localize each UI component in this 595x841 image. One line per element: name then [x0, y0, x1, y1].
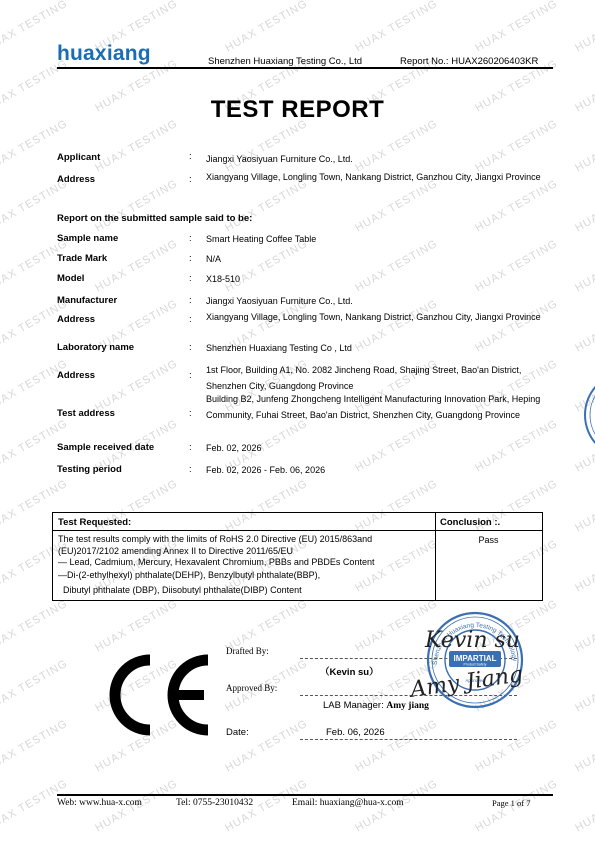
watermark-text: HUAX TESTING [93, 598, 180, 655]
colon: : [189, 174, 192, 185]
applicant-value: Jiangxi Yaosiyuan Furniture Co., Ltd. [206, 153, 556, 165]
page-title: TEST REPORT [0, 96, 595, 124]
watermark-text: HUAX TESTING [573, 718, 595, 775]
approved-name: Amy jiang [386, 701, 429, 711]
header-company: Shenzhen Huaxiang Testing Co., Ltd [208, 56, 362, 67]
watermark-text: HUAX TESTING [223, 0, 310, 54]
field-label: Model [57, 273, 84, 284]
test-table: Test Requested: Conclusion :. The test r… [52, 512, 543, 601]
field-label: Trade Mark [57, 253, 107, 264]
page-number: Page 1 of 7 [492, 798, 530, 808]
footer-tel: Tel: 0755-23010432 [176, 798, 253, 808]
watermark-text: HUAX TESTING [0, 238, 70, 295]
watermark-text: HUAX TESTING [0, 358, 70, 415]
date-label: Date: [226, 727, 249, 738]
watermark-text: HUAX TESTING [93, 178, 180, 235]
test-line: — Lead, Cadmium, Mercury, Hexavalent Chr… [58, 557, 438, 569]
drafted-name: （Kevin su） [320, 664, 379, 678]
watermark-text: HUAX TESTING [353, 0, 440, 54]
watermark-text: HUAX TESTING [573, 298, 595, 355]
conclusion-value: Pass [435, 535, 542, 545]
field-value: N/A [206, 253, 556, 265]
test-line: —Di-(2-ethylhexyl) phthalate(DEHP), Benz… [58, 570, 438, 582]
svg-text:Product Safety: Product Safety [464, 663, 487, 667]
watermark-text: HUAX TESTING [573, 118, 595, 175]
watermark-text: HUAX TESTING [473, 178, 560, 235]
watermark-text: HUAX TESTING [473, 718, 560, 775]
field-value: X18-510 [206, 273, 556, 285]
watermark-text: HUAX TESTING [0, 598, 70, 655]
company-logo: huaxiang [57, 42, 151, 66]
watermark-text: HUAX TESTING [223, 238, 310, 295]
date-line [300, 739, 517, 740]
colon: : [189, 314, 192, 325]
colon: : [189, 464, 192, 475]
watermark-text: HUAX TESTING [573, 658, 595, 715]
field-value: Feb. 02, 2026 - Feb. 06, 2026 [206, 464, 556, 476]
watermark-text: HUAX TESTING [93, 118, 180, 175]
colon: : [189, 233, 192, 244]
lab-manager-label: LAB Manager: [323, 700, 384, 711]
ce-mark-icon [100, 652, 215, 737]
field-label: Address [57, 314, 95, 325]
colon: : [189, 295, 192, 306]
watermark-text: HUAX TESTING [573, 178, 595, 235]
watermark-text: HUAX TESTING [573, 598, 595, 655]
watermark-text: HUAX TESTING [573, 538, 595, 595]
watermark-text: HUAX TESTING [473, 0, 560, 54]
watermark-text: HUAX TESTING [573, 478, 595, 535]
field-value: 1st Floor, Building A1, No. 2082 Jinchen… [206, 363, 551, 394]
watermark-text: HUAX TESTING [0, 178, 70, 235]
watermark-text: HUAX TESTING [473, 118, 560, 175]
test-requested-header: Test Requested: [58, 517, 131, 528]
test-line: (EU)2017/2102 amending Annex II to Direc… [58, 546, 438, 558]
test-requested-body: The test results comply with the limits … [58, 534, 438, 597]
watermark-text: HUAX TESTING [573, 778, 595, 835]
partial-seal-icon [580, 370, 595, 460]
watermark-text: HUAX TESTING [0, 118, 70, 175]
field-label: Sample name [57, 233, 118, 244]
watermark-text: HUAX TESTING [473, 238, 560, 295]
field-label: Sample received date [57, 442, 154, 453]
colon: : [189, 442, 192, 453]
field-label: Testing period [57, 464, 122, 475]
field-value: Jiangxi Yaosiyuan Furniture Co., Ltd. [206, 295, 556, 307]
applicant-address-label: Address [57, 174, 95, 185]
colon: : [189, 273, 192, 284]
colon: : [189, 342, 192, 353]
header-divider [57, 67, 553, 69]
field-label: Address [57, 370, 95, 381]
watermark-text: HUAX TESTING [353, 238, 440, 295]
approved-by-label: Approved By: [226, 683, 277, 693]
date-value: Feb. 06, 2026 [326, 727, 385, 738]
watermark-text: HUAX TESTING [223, 118, 310, 175]
field-value: Feb. 02, 2026 [206, 442, 556, 454]
watermark-text: HUAX TESTING [93, 238, 180, 295]
report-number: Report No.: HUAX260206403KR [400, 56, 538, 67]
test-line: The test results comply with the limits … [58, 534, 438, 546]
watermark-text: HUAX TESTING [93, 358, 180, 415]
sample-heading: Report on the submitted sample said to b… [57, 213, 252, 224]
watermark-text: HUAX TESTING [573, 238, 595, 295]
watermark-text: HUAX TESTING [353, 178, 440, 235]
colon: : [189, 151, 192, 162]
watermark-text: HUAX TESTING [223, 178, 310, 235]
field-value: Shenzhen Huaxiang Testing Co , Ltd [206, 342, 556, 354]
field-value: Smart Heating Coffee Table [206, 233, 556, 245]
footer-email: Email: huaxiang@hua-x.com [292, 798, 404, 808]
conclusion-header: Conclusion :. [440, 517, 500, 528]
field-value: Xiangyang Village, Longling Town, Nankan… [206, 311, 556, 323]
field-label: Manufacturer [57, 295, 117, 306]
colon: : [189, 408, 192, 419]
drafted-signature: Kevin su [425, 628, 520, 653]
footer-web: Web: www.hua-x.com [57, 798, 142, 808]
drafted-by-label: Drafted By: [226, 646, 269, 656]
footer-divider [57, 794, 553, 796]
field-label: Laboratory name [57, 342, 134, 353]
colon: : [189, 253, 192, 264]
watermark-text: HUAX TESTING [573, 0, 595, 54]
watermark-text: HUAX TESTING [353, 118, 440, 175]
watermark-text: HUAX TESTING [0, 718, 70, 775]
field-value: Building B2, Junfeng Zhongcheng Intellig… [206, 392, 551, 423]
colon: : [189, 370, 192, 381]
watermark-text: HUAX TESTING [0, 658, 70, 715]
applicant-address-value: Xiangyang Village, Longling Town, Nankan… [206, 171, 556, 183]
field-label: Test address [57, 408, 115, 419]
test-line: Dibutyl phthalate (DBP), Diisobutyl phth… [58, 585, 438, 597]
applicant-label: Applicant [57, 152, 100, 163]
